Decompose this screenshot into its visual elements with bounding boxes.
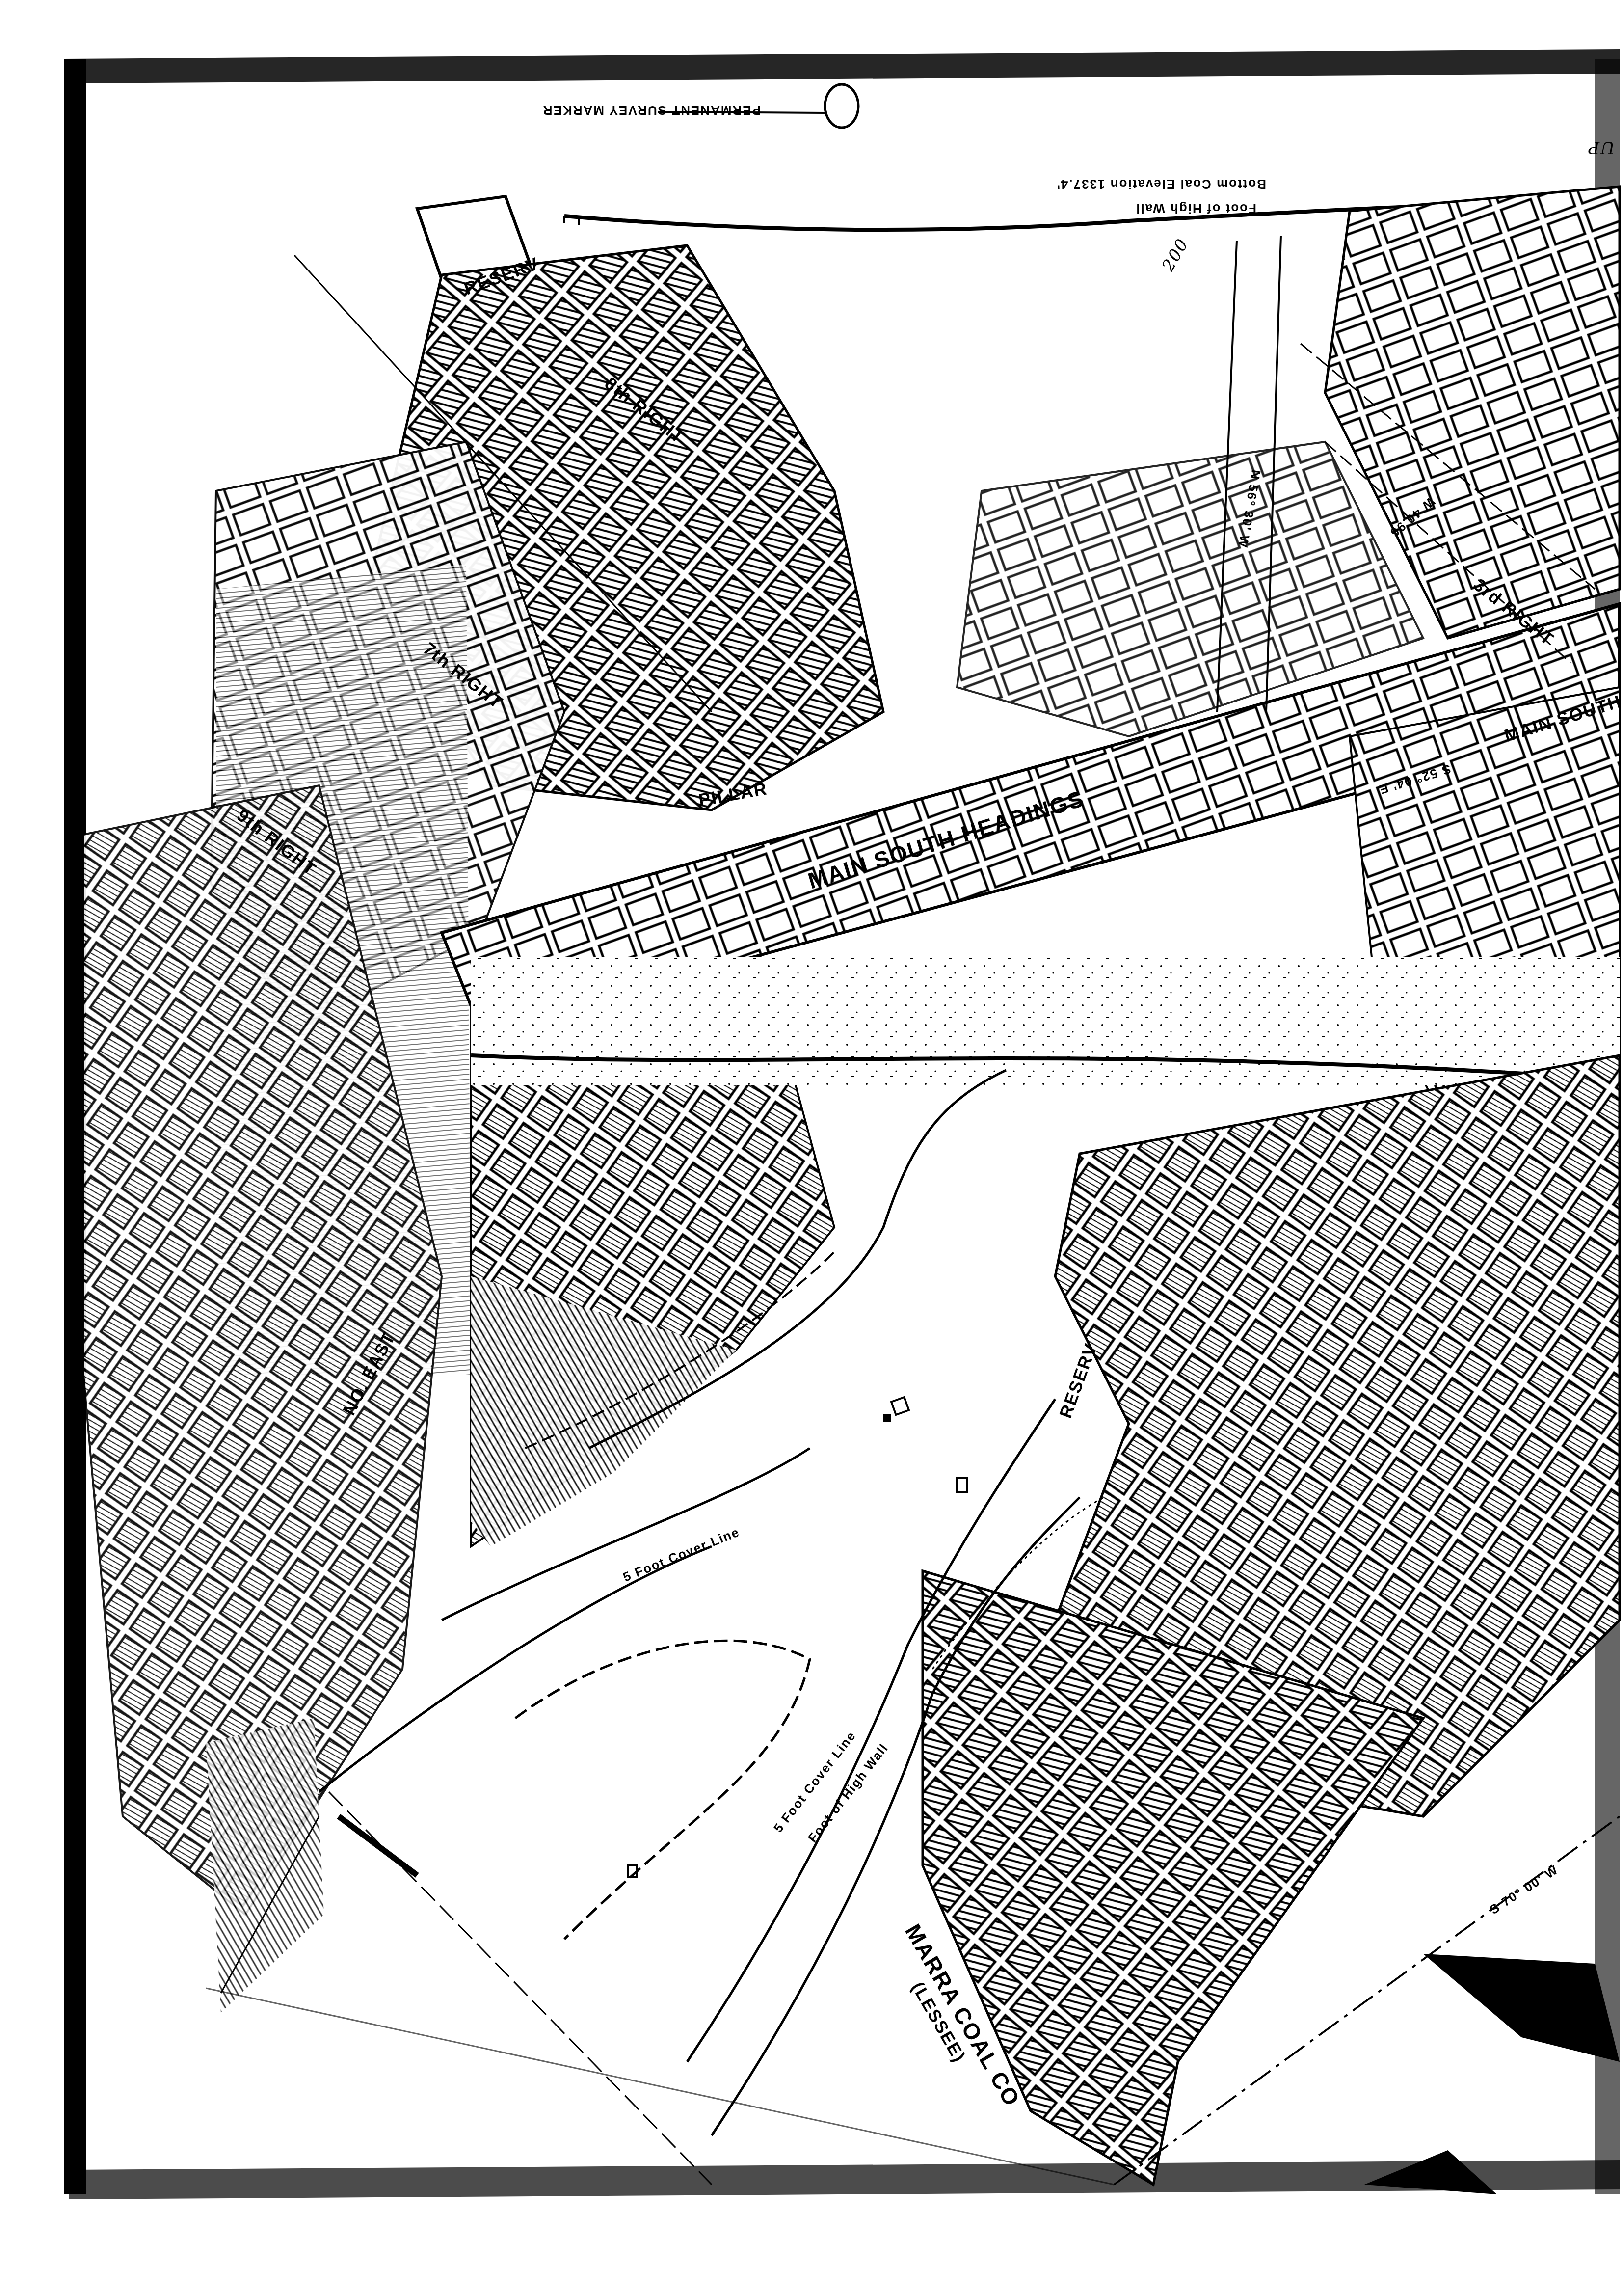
label-bottom-coal-elevation: Bottom Coal Elevation 1337.4' xyxy=(1056,176,1266,191)
label-permanent-survey-marker: PERMANENT SURVEY MARKER xyxy=(542,103,761,118)
mine-map-sheet: MAIN SOUTH HEADINGS MAIN SOUTH 3rd RIGHT… xyxy=(0,0,1623,2296)
label-up-fragment: UP xyxy=(1587,137,1615,157)
label-foot-of-high-wall-top: Foot of High Wall xyxy=(1135,201,1256,216)
mine-map-drawing xyxy=(0,0,1623,2296)
